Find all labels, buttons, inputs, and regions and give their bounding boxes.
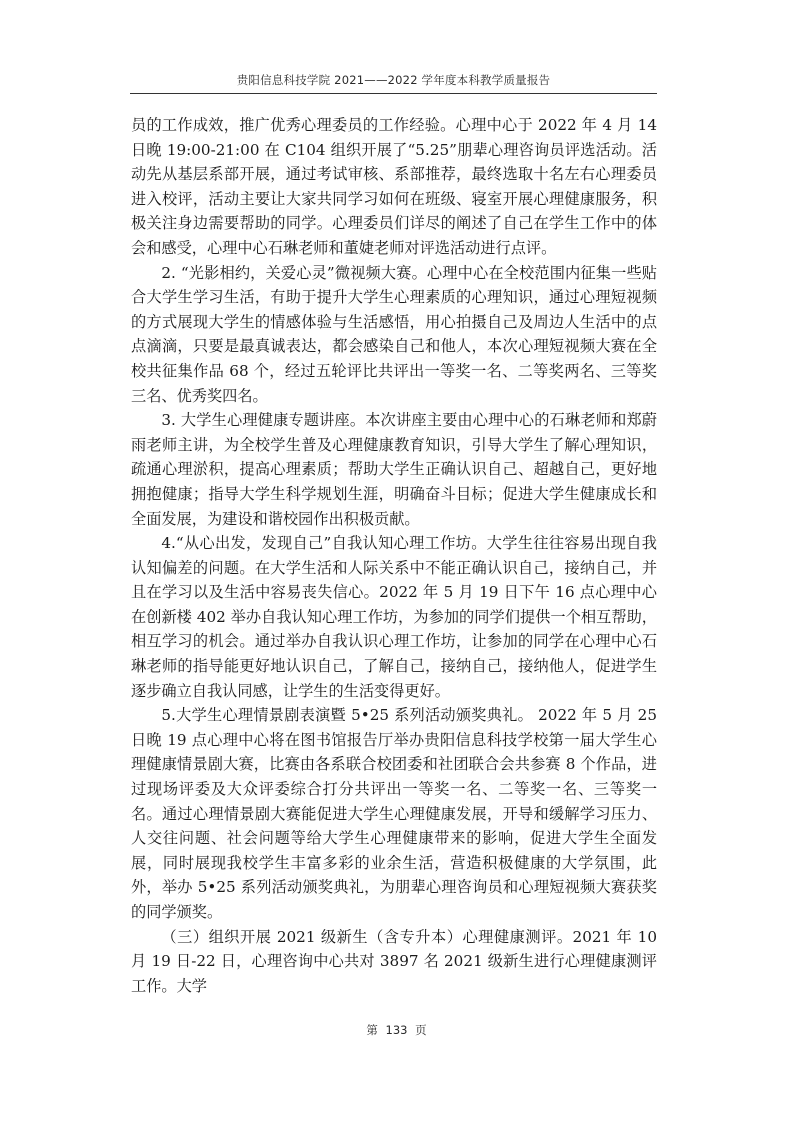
paragraph-freshman-assessment: （三）组织开展 2021 级新生（含专升本）心理健康测评。2021 年 10 月… [131,925,657,999]
paragraph-mental-health-lecture: 3. 大学生心理健康专题讲座。本次讲座主要由心理中心的石琳老师和郑蔚雨老师主讲，… [131,408,657,531]
page-number: 第 133 页 [0,1022,793,1038]
paragraph-self-awareness-workshop: 4.“从心出发，发现自己”自我认知心理工作坊。大学生往往容易出现自我认知偏差的问… [131,531,657,703]
running-header: 贵阳信息科技学院 2021——2022 学年度本科教学质量报告 [130,72,657,88]
header-divider [130,93,657,94]
paragraph-continuation: 员的工作成效，推广优秀心理委员的工作经验。心理中心于 2022 年 4 月 14… [131,113,657,261]
paragraph-micro-video-contest: 2. “光影相约，关爱心灵”微视频大赛。心理中心在全校范围内征集一些贴合大学生学… [131,261,657,409]
document-body: 员的工作成效，推广优秀心理委员的工作经验。心理中心于 2022 年 4 月 14… [131,113,657,998]
paragraph-psychodrama-ceremony: 5.大学生心理情景剧表演暨 5•25 系列活动颁奖典礼。 2022 年 5 月 … [131,703,657,924]
